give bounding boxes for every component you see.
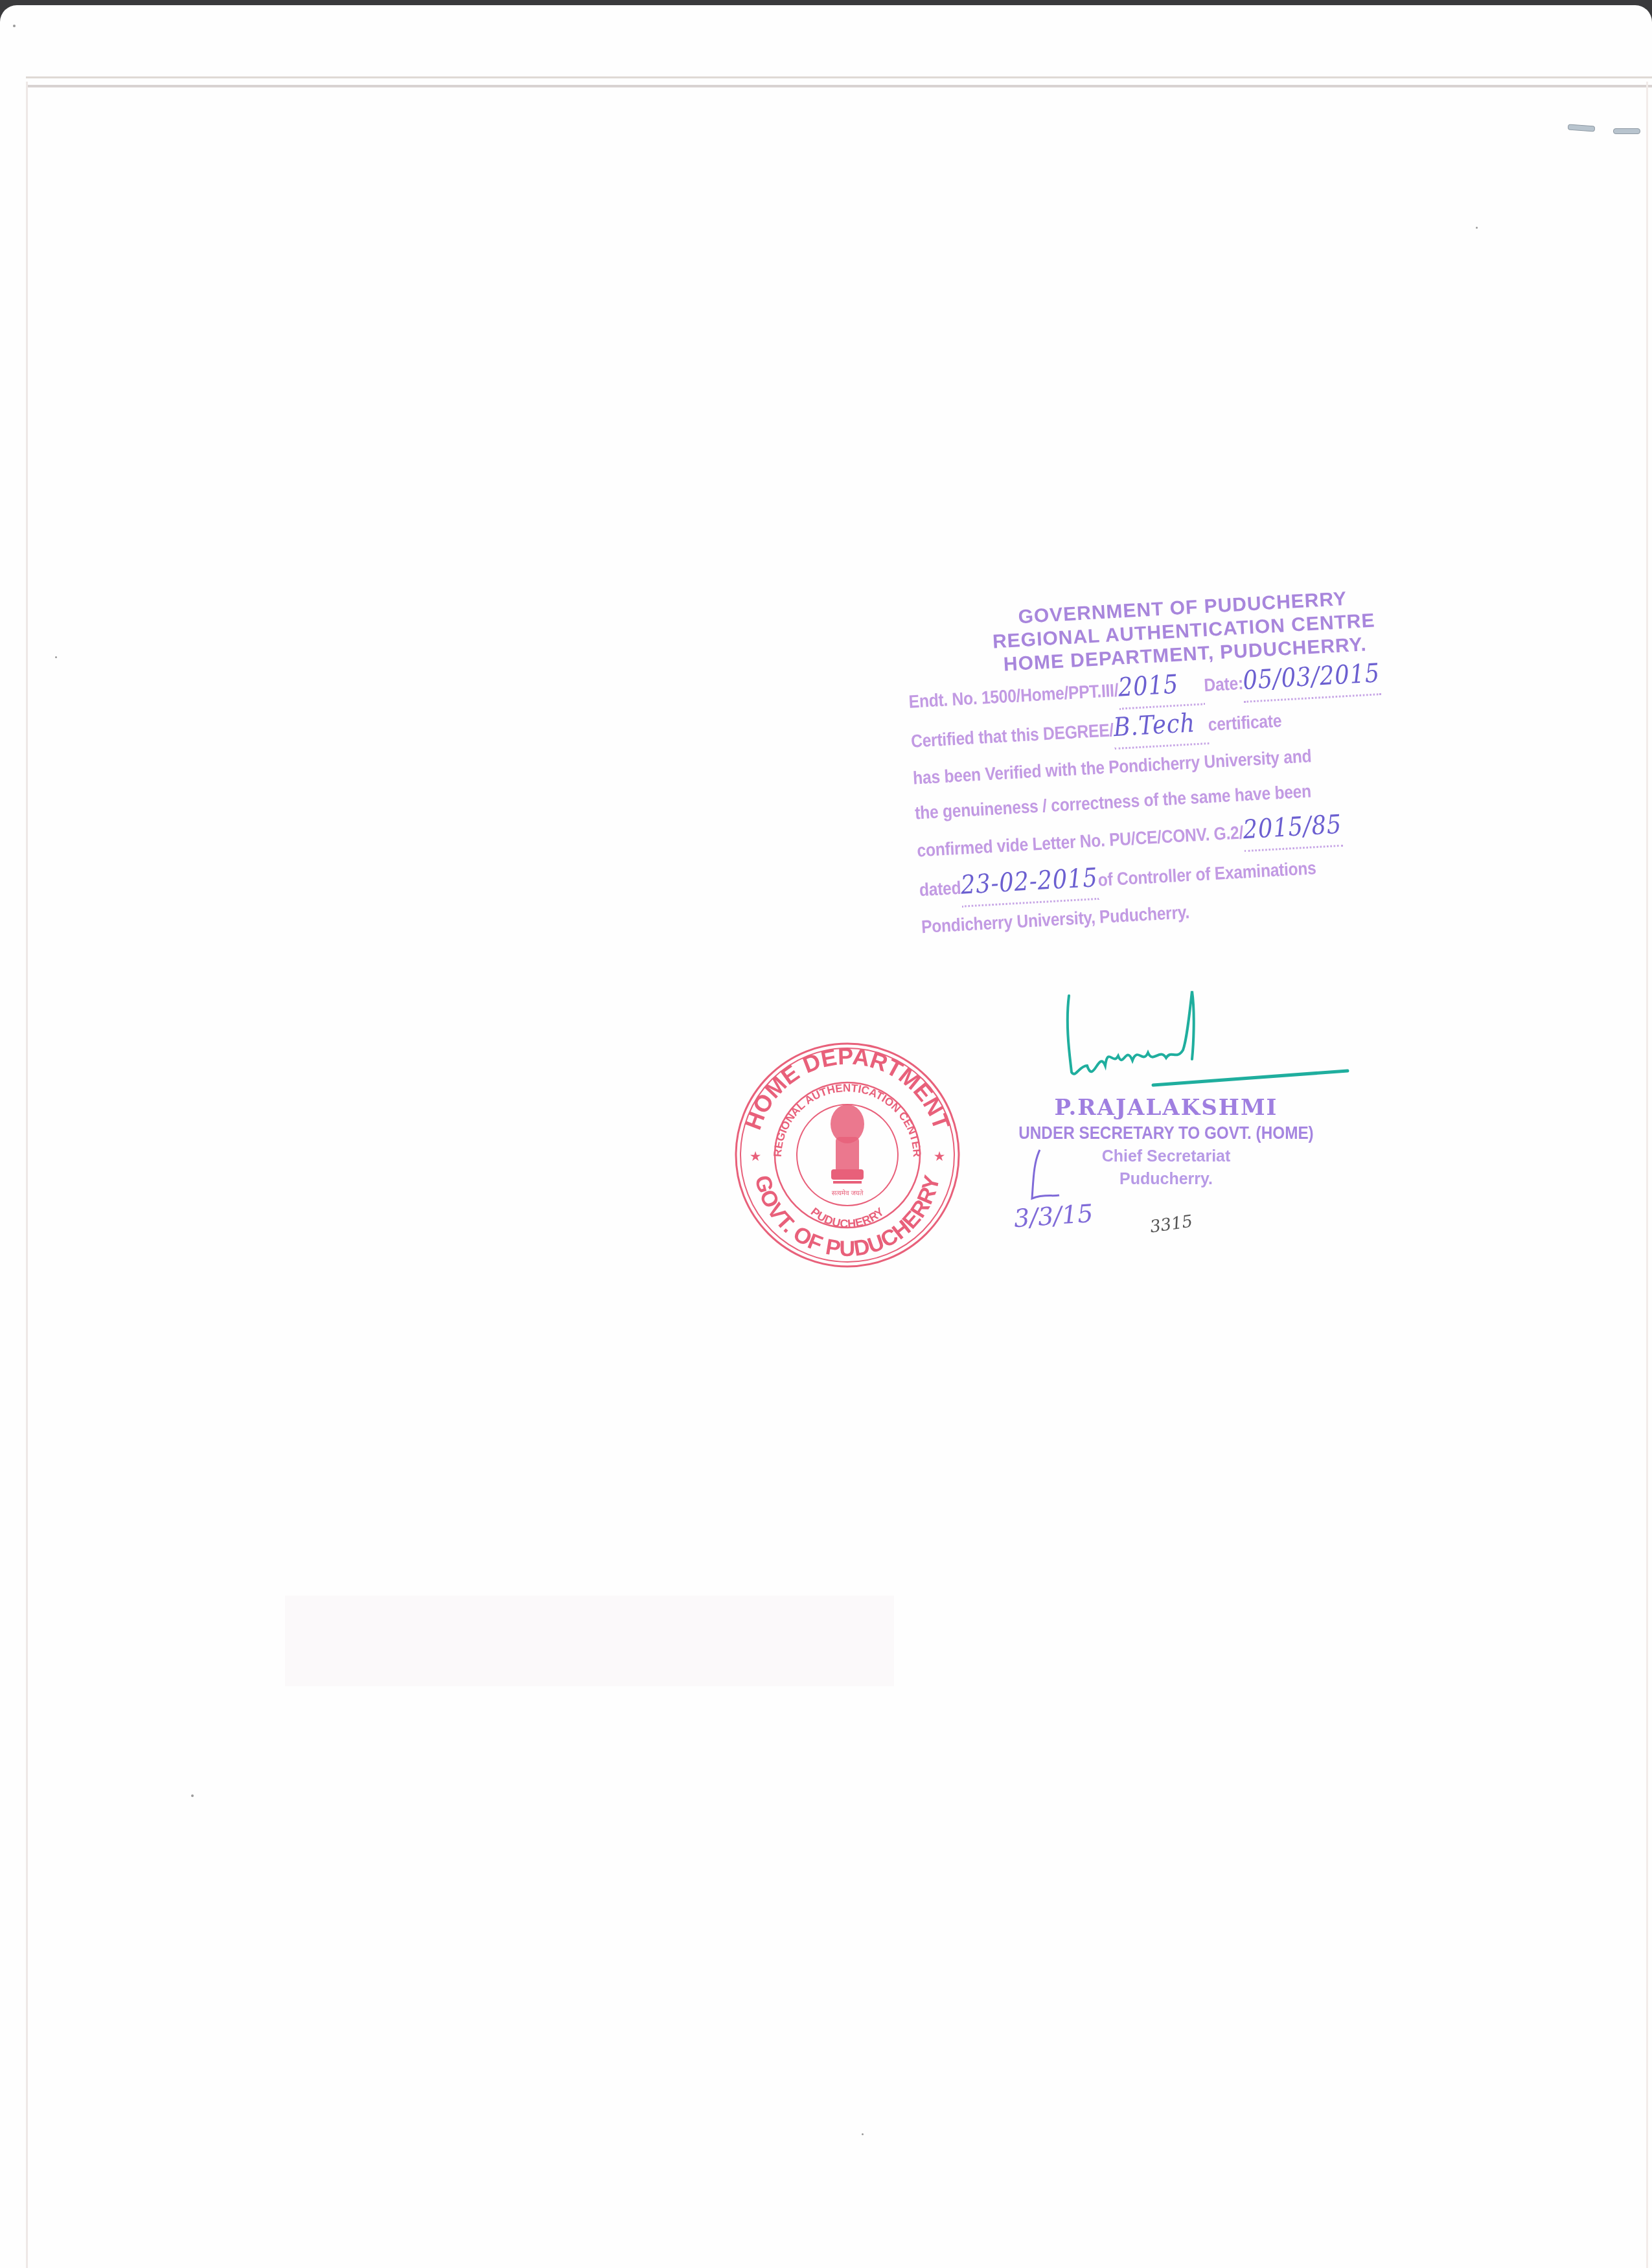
letter-number: 2015/85 [1243,810,1343,845]
staple-mark [1568,124,1596,132]
seal-inner-bottom-text: PUDUCHERRY [809,1205,886,1230]
signatory-name: P.RAJALAKSHMI [959,1095,1373,1121]
certified-prefix: Certified that this DEGREE/ [910,720,1114,751]
dated-suffix: of Controller of Examinations [1097,858,1317,890]
star-icon: ★ [750,1150,761,1163]
dated-prefix: dated [919,878,961,900]
date-label: Date: [1204,673,1244,695]
authentication-stamp: GOVERNMENT OF PUDUCHERRY REGIONAL AUTHEN… [904,580,1504,945]
national-emblem-icon [831,1105,864,1184]
initials-date: 3/3/15 [1013,1199,1094,1233]
seal-outer-bottom-text: GOVT. OF PUDUCHERRY [750,1173,945,1261]
endorsement-date: 05/03/2015 [1242,658,1381,696]
page-left-edge [26,82,28,2268]
certified-suffix: certificate [1208,711,1282,735]
home-department-seal: HOME DEPARTMENT GOVT. OF PUDUCHERRY REGI… [731,1040,964,1270]
signature-image [1062,988,1360,1098]
page-right-edge [1646,82,1648,2268]
scan-speck [13,25,16,27]
dated-value: 23-02-2015 [960,863,1099,900]
endorsement-prefix: Endt. No. 1500/Home/PPT.III/ [908,680,1119,712]
emblem-caption: सत्यमेव जयते [832,1189,864,1197]
scan-speck [191,1794,194,1797]
scan-speck [1476,227,1478,229]
page-fold-line [26,76,1652,87]
faint-scan-patch [285,1596,894,1686]
star-icon: ★ [934,1150,945,1163]
endorsement-year: 2015 [1118,670,1180,703]
scan-speck [55,656,57,658]
signatory-title: UNDER SECRETARY TO GOVT. (HOME) [980,1123,1353,1143]
certificate-type: B.Tech [1112,708,1196,742]
scan-speck [862,2133,864,2135]
staple-mark [1613,128,1640,134]
